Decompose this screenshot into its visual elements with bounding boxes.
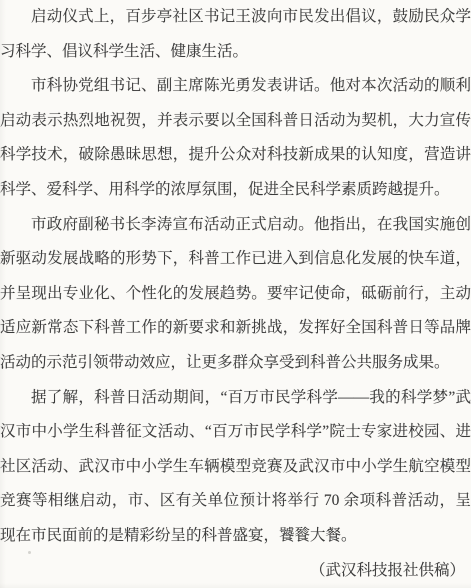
scan-noise-speck xyxy=(28,551,31,554)
scanned-document-page: 启动仪式上，百步亭社区书记王波向市民发出倡议，鼓励民众学习科学、倡议科学生活、健… xyxy=(0,0,471,588)
paragraph-activities-overview: 据了解，科普日活动期间，“百万市民学科学——我的科学梦”武汉市中小学生科普征文活… xyxy=(0,381,471,554)
paragraph-launch-initiative: 启动仪式上，百步亭社区书记王波向市民发出倡议，鼓励民众学习科学、倡议科学生活、健… xyxy=(0,0,471,69)
paragraph-announcement-li-tao: 市政府副秘书长李涛宣布活动正式启动。他指出，在我国实施创新驱动发展战略的形势下，… xyxy=(0,208,471,381)
paragraph-speech-chen-guangyong: 市科协党组书记、副主席陈光勇发表讲话。他对本次活动的顺利启动表示热烈地祝贺，并表… xyxy=(0,69,471,207)
byline-source-credit: （武汉科技报社供稿） xyxy=(0,554,471,588)
